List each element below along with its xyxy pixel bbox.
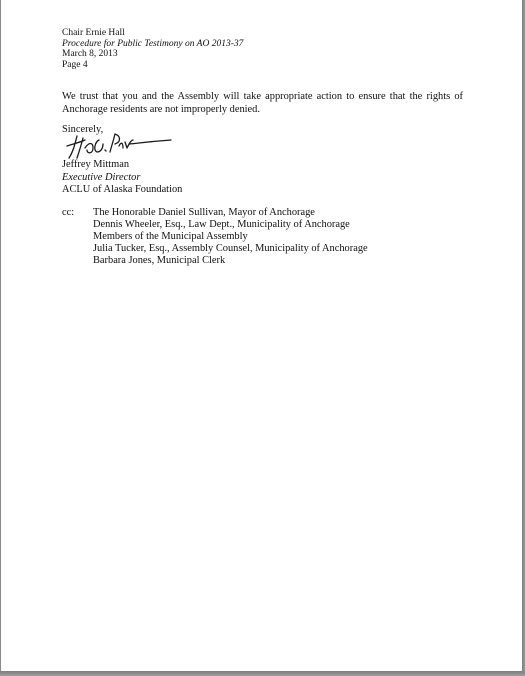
header-date: March 8, 2013	[62, 49, 243, 60]
header-subject: Procedure for Public Testimony on AO 201…	[62, 39, 243, 50]
cc-recipient: The Honorable Daniel Sullivan, Mayor of …	[93, 207, 368, 219]
header-page-number: Page 4	[62, 60, 243, 71]
cc-recipient: Dennis Wheeler, Esq., Law Dept., Municip…	[93, 219, 368, 231]
cc-recipient: Members of the Municipal Assembly	[93, 231, 368, 243]
cc-recipient-list: The Honorable Daniel Sullivan, Mayor of …	[93, 207, 368, 267]
document-viewer: Chair Ernie Hall Procedure for Public Te…	[0, 0, 525, 676]
header-recipient: Chair Ernie Hall	[62, 28, 243, 39]
page-shadow-bottom	[0, 671, 525, 676]
signer-block: Jeffrey Mittman Executive Director ACLU …	[62, 159, 182, 197]
cc-label: cc:	[62, 207, 92, 219]
signer-organization: ACLU of Alaska Foundation	[62, 184, 182, 197]
body-paragraph: We trust that you and the Assembly will …	[62, 90, 463, 116]
cc-recipient: Barbara Jones, Municipal Clerk	[93, 255, 368, 267]
signer-title: Executive Director	[62, 172, 182, 185]
signature-icon	[63, 128, 173, 162]
document-page: Chair Ernie Hall Procedure for Public Te…	[1, 0, 522, 671]
letter-header: Chair Ernie Hall Procedure for Public Te…	[62, 28, 243, 70]
cc-recipient: Julia Tucker, Esq., Assembly Counsel, Mu…	[93, 243, 368, 255]
signer-name: Jeffrey Mittman	[62, 159, 182, 172]
